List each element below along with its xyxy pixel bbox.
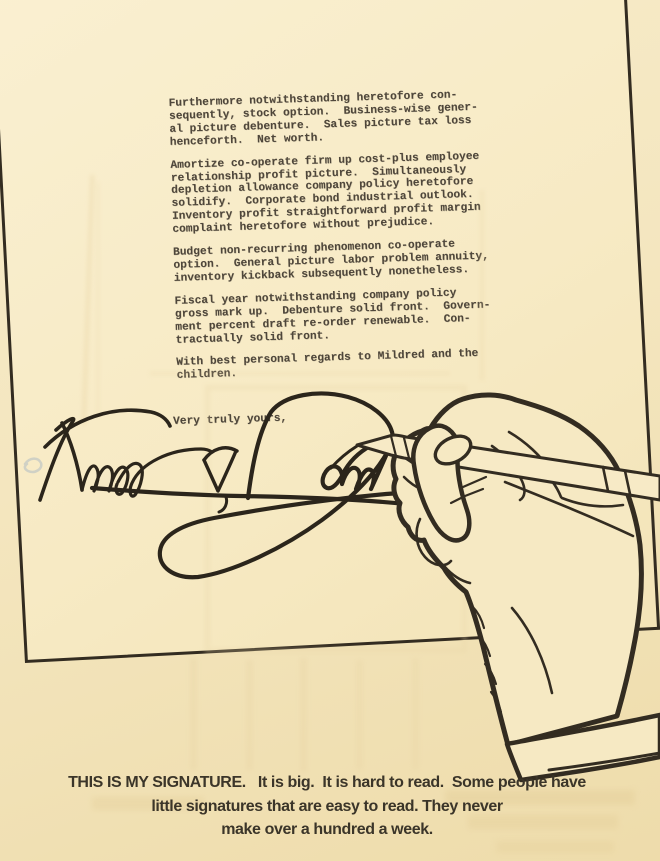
letter-paragraph: Budget non-recurring phenomenon co-opera… bbox=[173, 238, 490, 286]
caption-line: make over a hundred a week. bbox=[10, 818, 644, 842]
book-page: Furthermore notwithstanding heretofore c… bbox=[0, 0, 660, 861]
letter-paragraph: Fiscal year notwithstanding company poli… bbox=[174, 286, 491, 347]
bleedthrough-ghost bbox=[496, 841, 614, 853]
letter-paragraph: Furthermore notwithstanding heretofore c… bbox=[168, 89, 485, 150]
caption-line: THIS IS MY SIGNATURE. It is big. It is h… bbox=[10, 771, 644, 795]
caption-block: THIS IS MY SIGNATURE. It is big. It is h… bbox=[10, 771, 644, 842]
bleedthrough-ghost bbox=[300, 658, 307, 772]
letter-sheet: Furthermore notwithstanding heretofore c… bbox=[0, 0, 660, 663]
caption-line: little signatures that are easy to read.… bbox=[10, 795, 644, 819]
bleedthrough-ghost bbox=[412, 658, 419, 770]
bleedthrough-ghost bbox=[356, 660, 363, 770]
letter-valediction: Very truly yours, bbox=[173, 413, 287, 428]
letter-body: Furthermore notwithstanding heretofore c… bbox=[158, 82, 518, 93]
letter-paragraphs: Furthermore notwithstanding heretofore c… bbox=[168, 89, 492, 393]
bleedthrough-ghost bbox=[246, 660, 253, 770]
letter-paragraph: Amortize co-operate firm up cost-plus em… bbox=[170, 150, 488, 237]
letter-paragraph: With best personal regards to Mildred an… bbox=[176, 348, 492, 383]
bleedthrough-ghost bbox=[190, 658, 197, 770]
